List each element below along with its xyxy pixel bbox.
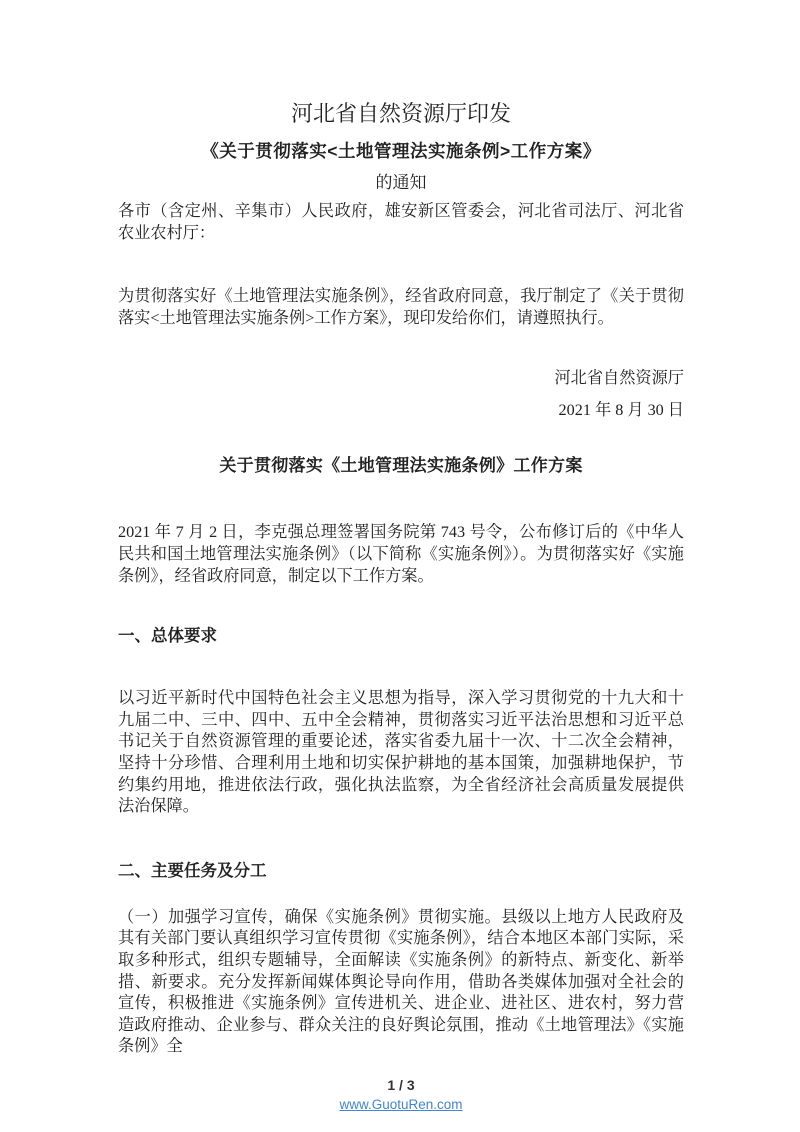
addressee-paragraph: 各市（含定州、辛集市）人民政府，雄安新区管委会，河北省司法厅、河北省农业农村厅： [118, 201, 684, 244]
section-1-heading: 一、总体要求 [118, 625, 684, 648]
page-footer: 1 / 3 www.GuotuRen.com [118, 1076, 684, 1114]
notice-body-paragraph: 为贯彻落实好《土地管理法实施条例》，经省政府同意，我厅制定了《关于贯彻落实<土地… [118, 286, 684, 329]
section-1-paragraph: 以习近平新时代中国特色社会主义思想为指导，深入学习贯彻党的十九大和十九届二中、三… [118, 688, 684, 818]
notice-title: 《关于贯彻落实<土地管理法实施条例>工作方案》 [118, 139, 684, 163]
signature-date: 2021 年 8 月 30 日 [118, 399, 684, 421]
notice-title-suffix: 的通知 [118, 172, 684, 194]
section-2-paragraph: （一）加强学习宣传，确保《实施条例》贯彻实施。县级以上地方人民政府及其有关部门要… [118, 907, 684, 1058]
page-number-indicator: 1 / 3 [118, 1076, 684, 1094]
notice-issuer-line: 河北省自然资源厅印发 [118, 101, 684, 126]
plan-intro-paragraph: 2021 年 7 月 2 日，李克强总理签署国务院第 743 号令，公布修订后的… [118, 522, 684, 587]
document-page: 河北省自然资源厅印发 《关于贯彻落实<土地管理法实施条例>工作方案》 的通知 各… [0, 0, 800, 1132]
footer-website-link[interactable]: www.GuotuRen.com [339, 1096, 462, 1114]
signature-organization: 河北省自然资源厅 [118, 367, 684, 389]
section-2-heading: 二、主要任务及分工 [118, 860, 684, 883]
plan-title: 关于贯彻落实《土地管理法实施条例》工作方案 [118, 454, 684, 478]
